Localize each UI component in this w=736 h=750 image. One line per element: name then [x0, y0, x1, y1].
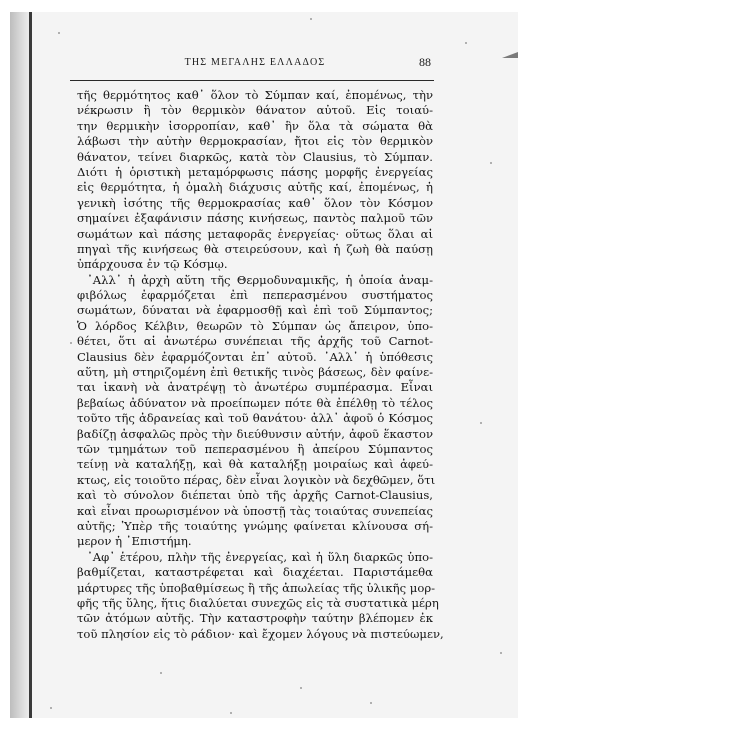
- text-line: γενικὴ ἰσότης τῆς θερμοκρασίας καθ᾿ ὅλον…: [77, 196, 433, 211]
- text-line: Clausius δὲν ἐφαρμόζονται ἐπ᾿ αὐτοῦ. ᾿Αλ…: [77, 350, 433, 365]
- scan-speck: [70, 342, 72, 344]
- text-line: φῆς τῆς ὕλης, ἥτις διαλύεται συνεχῶς εἰς…: [77, 596, 433, 611]
- text-line: μάρτυρες τῆς ὑποβαθμίσεως ἢ τῆς ἀπωλείας…: [77, 581, 433, 596]
- text-line: βαθμίζεται, καταστρέφεται καὶ διαχέεται.…: [77, 565, 433, 580]
- text-line: φιβόλως ἐφαρμόζεται ἐπὶ πεπερασμένου συσ…: [77, 288, 433, 303]
- scan-speck: [310, 18, 312, 20]
- text-line: εἰς θερμότητα, ἡ ὁμαλὴ διάχυσις αὐτῆς κα…: [77, 180, 433, 195]
- text-line: αὕτη, μὴ στηριζομένη ἐπὶ θετικῆς τινὸς β…: [77, 365, 433, 380]
- scan-speck: [58, 32, 60, 34]
- scan-speck: [300, 687, 302, 689]
- header-rule: [70, 80, 434, 81]
- scan-speck: [370, 702, 372, 704]
- running-head: ΤΗΣ ΜΕΓΑΛΗΣ ΕΛΛΑΔΟΣ 88: [77, 55, 433, 73]
- scan-speck: [230, 712, 232, 714]
- scan-speck: [160, 672, 162, 674]
- text-line: βεβαίως ἀδύνατον νὰ προείπωμεν πότε θὰ ἐ…: [77, 396, 433, 411]
- text-line: σημαίνει ἐξαφάνισιν πάσης κινήσεως, παντ…: [77, 211, 433, 226]
- text-line: νέκρωσιν ἢ τὸν θερμικὸν θάνατον αὐτοῦ. Ε…: [77, 103, 433, 118]
- scan-speck: [480, 422, 482, 424]
- text-line: ᾿Αλλ᾿ ἡ ἀρχὴ αὕτη τῆς Θερμοδυναμικῆς, ἡ …: [77, 273, 433, 288]
- text-line: τοῦ πλησίον εἰς τὸ ράδιον· καὶ ἔχομεν λό…: [77, 627, 433, 642]
- text-line: αὐτῆς; Ὑπὲρ τῆς τοιαύτης γνώμης φαίνεται…: [77, 519, 433, 534]
- text-line: πηγαὶ τῆς κινήσεως θὰ στειρεύσουν, καὶ ἡ…: [77, 242, 433, 257]
- text-line: σωμάτων, δύναται νὰ ἐφαρμοσθῇ καὶ ἐπὶ το…: [77, 303, 433, 318]
- text-line: μερον ἡ ᾿Επιστήμη.: [77, 534, 433, 549]
- text-line: κτως, εἰς τοιοῦτο πέρας, δὲν εἶναι λογικ…: [77, 473, 433, 488]
- page-number: 88: [419, 55, 431, 70]
- text-line: ᾿Αφ᾿ ἑτέρου, πλὴν τῆς ἐνεργείας, καὶ ἡ ὕ…: [77, 550, 433, 565]
- scanned-book-page: ΤΗΣ ΜΕΓΑΛΗΣ ΕΛΛΑΔΟΣ 88 τῆς θερμότητος κα…: [10, 12, 518, 718]
- text-line: τείνῃ νὰ καταλήξῃ, καὶ θὰ καταλήξῃ μοιρα…: [77, 457, 433, 472]
- text-line: λάβωσι τὴν αὐτὴν θερμοκρασίαν, ἤτοι εἰς …: [77, 134, 433, 149]
- binding-gutter-line: [29, 12, 32, 718]
- text-line: ται ἱκανὴ νὰ ἀνατρέψῃ τὸ ἀνωτέρω συμπέρα…: [77, 380, 433, 395]
- text-line: Διότι ἡ ὁριστικὴ μεταμόρφωσις πάσης μορφ…: [77, 165, 433, 180]
- scan-speck: [490, 162, 492, 164]
- body-text: τῆς θερμότητος καθ᾿ ὅλον τὸ Σύμπαν καί, …: [77, 88, 433, 642]
- text-line: θέτει, ὅτι αἱ ἀνωτέρω συνέπειαι τῆς ἀρχῆ…: [77, 334, 433, 349]
- scan-speck: [500, 652, 502, 654]
- text-line: σωμάτων καὶ πάσης μεταφορᾶς ἐνεργείας· ο…: [77, 227, 433, 242]
- text-line: τῶν τμημάτων τοῦ πεπερασμένου ἢ ἀπείρου …: [77, 442, 433, 457]
- text-line: τῶν ἀτόμων αὐτῆς. Τὴν καταστροφὴν ταύτην…: [77, 611, 433, 626]
- scan-speck: [50, 707, 52, 709]
- text-line: θάνατον, τείνει διαρκῶς, κατὰ τὸν Clausi…: [77, 150, 433, 165]
- scan-speck: [465, 42, 467, 44]
- text-line: τοῦτο τῆς ἀδρανείας καὶ τοῦ θανάτου· ἀλλ…: [77, 411, 433, 426]
- text-line: καὶ εἶναι προωρισμένον νὰ ὑποστῇ τὰς τοι…: [77, 504, 433, 519]
- text-line: βαδίζῃ ἀσφαλῶς πρὸς τὴν διεύθυνσιν αὐτήν…: [77, 427, 433, 442]
- text-line: καὶ τὸ σύνολον διέπεται ὑπὸ τῆς ἀρχῆς Ca…: [77, 488, 433, 503]
- text-line: Ὁ λόρδος Κέλβιν, θεωρῶν τὸ Σύμπαν ὡς ἄπε…: [77, 319, 433, 334]
- text-line: τῆς θερμότητος καθ᾿ ὅλον τὸ Σύμπαν καί, …: [77, 88, 433, 103]
- text-line: ὑπάρχουσα ἐν τῷ Κόσμῳ.: [77, 257, 433, 272]
- running-head-title: ΤΗΣ ΜΕΓΑΛΗΣ ΕΛΛΑΔΟΣ: [77, 57, 433, 68]
- scan-corner-artifact: [502, 52, 518, 58]
- text-line: την θερμικὴν ἰσορροπίαν, καθ᾿ ἣν ὅλα τὰ …: [77, 119, 433, 134]
